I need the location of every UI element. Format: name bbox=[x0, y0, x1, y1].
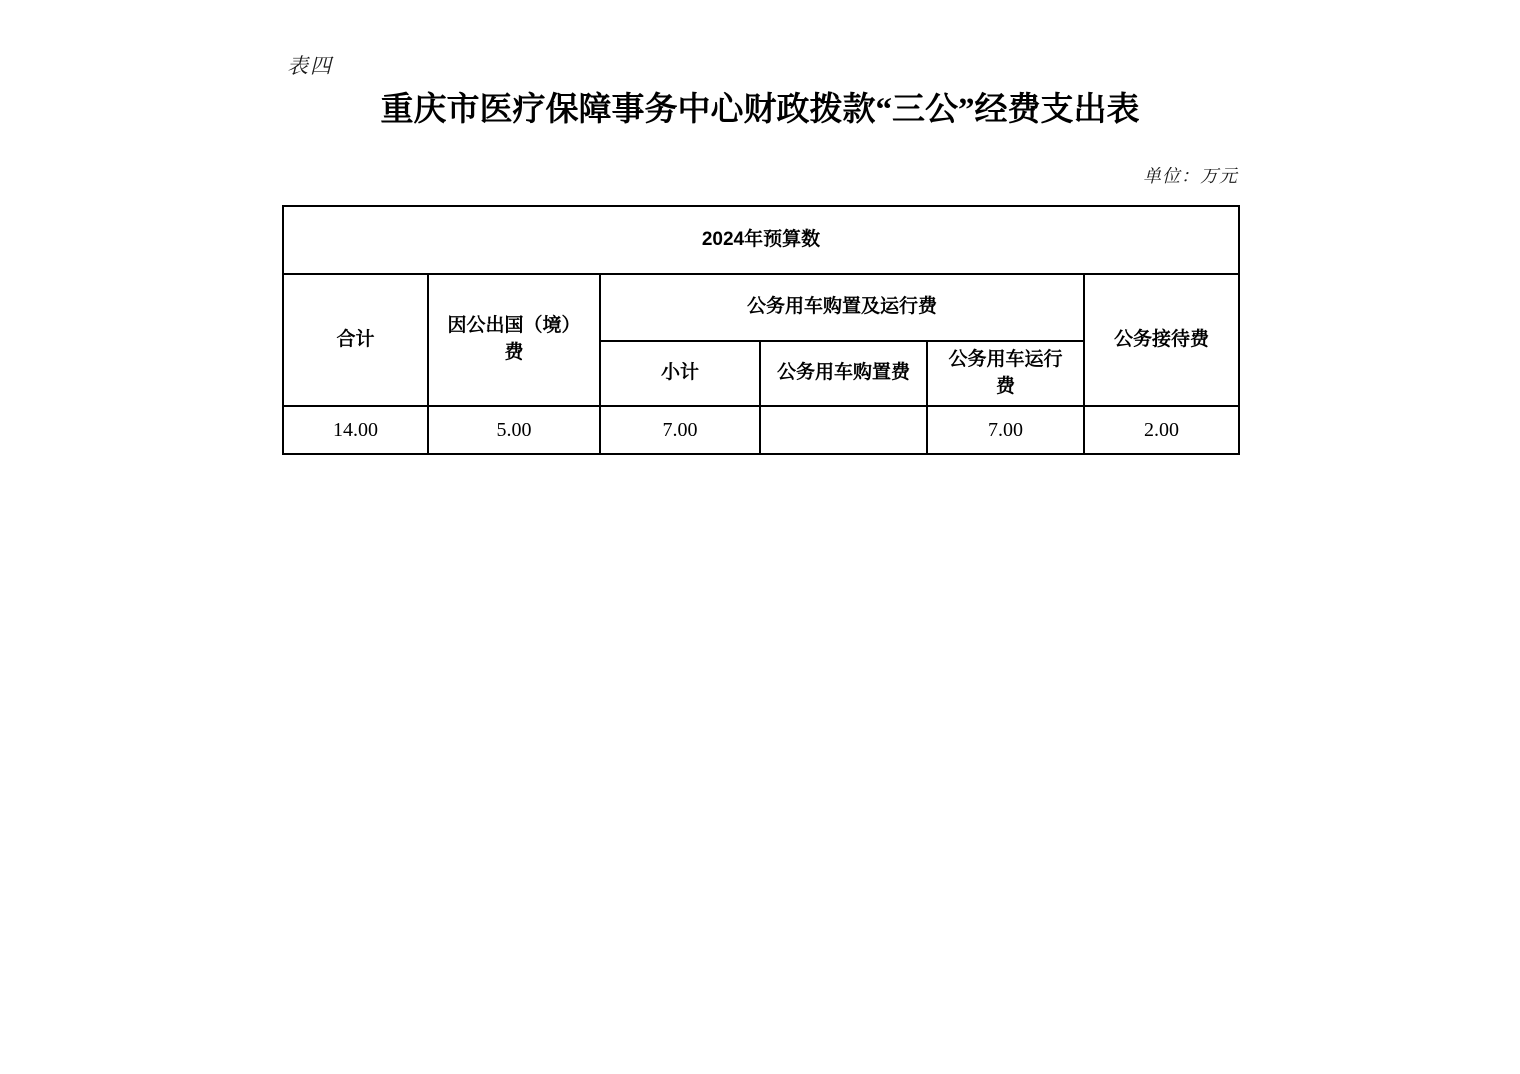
budget-table: 2024年预算数 合计 因公出国（境） 费 公务用车购置及运行费 公务接待费 小… bbox=[282, 205, 1240, 455]
value-reception-fee: 2.00 bbox=[1084, 406, 1239, 454]
header-vehicle-group: 公务用车购置及运行费 bbox=[600, 274, 1084, 341]
header-vehicle-subtotal: 小计 bbox=[600, 341, 760, 406]
table-number-label: 表四 bbox=[287, 50, 333, 80]
table-row: 14.00 5.00 7.00 7.00 2.00 bbox=[283, 406, 1239, 454]
header-vehicle-operation: 公务用车运行 费 bbox=[927, 341, 1084, 406]
header-total: 合计 bbox=[283, 274, 428, 406]
unit-note: 单位：万元 bbox=[282, 162, 1238, 188]
header-abroad-fee: 因公出国（境） 费 bbox=[428, 274, 600, 406]
value-vehicle-operation: 7.00 bbox=[927, 406, 1084, 454]
table-row: 合计 因公出国（境） 费 公务用车购置及运行费 公务接待费 bbox=[283, 274, 1239, 341]
value-vehicle-subtotal: 7.00 bbox=[600, 406, 760, 454]
value-vehicle-purchase bbox=[760, 406, 927, 454]
page-title: 重庆市医疗保障事务中心财政拨款“三公”经费支出表 bbox=[282, 92, 1238, 130]
header-year: 2024年预算数 bbox=[283, 206, 1239, 274]
document-page: 表四 重庆市医疗保障事务中心财政拨款“三公”经费支出表 单位：万元 2024年预… bbox=[0, 0, 1520, 1074]
header-vehicle-purchase: 公务用车购置费 bbox=[760, 341, 927, 406]
value-total: 14.00 bbox=[283, 406, 428, 454]
header-reception-fee: 公务接待费 bbox=[1084, 274, 1239, 406]
value-abroad-fee: 5.00 bbox=[428, 406, 600, 454]
table-row: 2024年预算数 bbox=[283, 206, 1239, 274]
